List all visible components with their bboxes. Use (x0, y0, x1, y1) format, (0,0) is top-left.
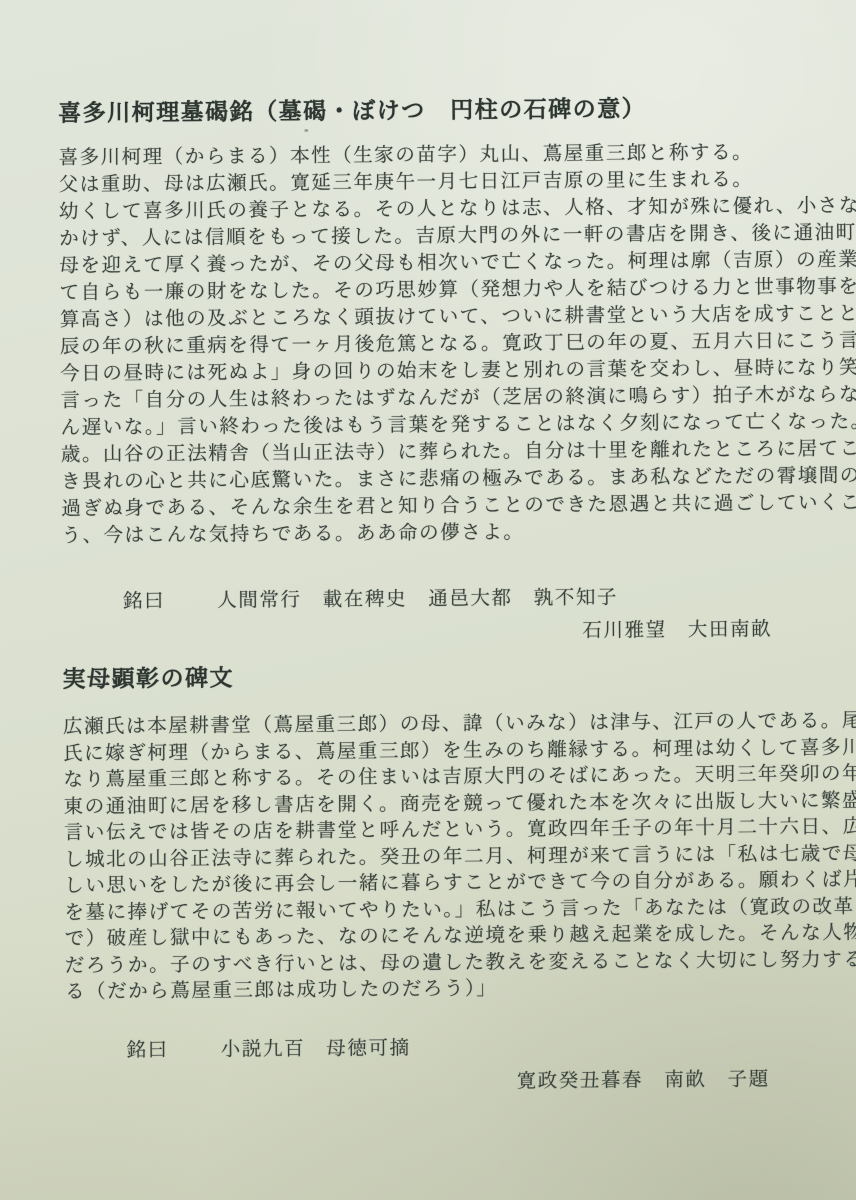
mother-memorial-inscription-line: 銘曰 小説九百 母徳可摘 (126, 1032, 410, 1062)
paper-speck (304, 129, 308, 132)
epitaph-signature: 石川雅望 大田南畝 (62, 613, 772, 647)
epitaph-section-title: 喜多川柯理墓碣銘（墓碣・ぼけつ 円柱の石碑の意） (58, 90, 646, 128)
photographed-document-page: { "page": { "description": "Photographed… (0, 0, 856, 1200)
mother-memorial-body-paragraph: 広瀬氏は本屋耕書堂（蔦屋重三郎）の母、諱（いみな）は津与、江戸の人である。尾陽の… (63, 708, 805, 1005)
inscription-label: 銘曰 (123, 585, 165, 613)
mother-memorial-section-title: 実母顕彰の碑文 (62, 660, 234, 694)
body-line: う、今はこんな気持ちである。ああ命の儚さよ。 (61, 516, 801, 549)
paper-sheet: 喜多川柯理墓碣銘（墓碣・ぼけつ 円柱の石碑の意） 喜多川柯理（からまる）本性（生… (0, 0, 856, 1200)
inscription-label: 銘曰 (126, 1034, 168, 1062)
inscription-text: 小説九百 母徳可摘 (221, 1032, 411, 1061)
epitaph-body-paragraph: 喜多川柯理（からまる）本性（生家の苗字）丸山、蔦屋重三郎と称する。 父は重助、母… (58, 138, 801, 549)
epitaph-inscription-line: 銘曰 人間常行 載在稗史 通邑大都 孰不知子 (123, 582, 618, 614)
inscription-text: 人間常行 載在稗史 通邑大都 孰不知子 (217, 582, 618, 613)
body-line: る（だから蔦屋重三郎は成功したのだろう）」 (65, 973, 805, 1005)
mother-memorial-signature: 寛政癸丑暮春 南畝 子題 (66, 1063, 770, 1097)
